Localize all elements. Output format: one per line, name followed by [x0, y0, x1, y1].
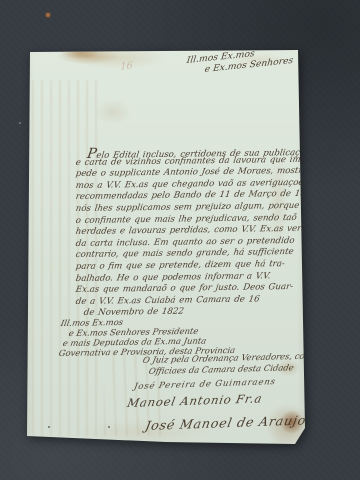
body-line: de a V.V. Ex.as Cuiabá em Camara de 16 [75, 294, 260, 307]
dust-speck [46, 13, 50, 17]
body-line: pede o supplicante Antonio José de Morae… [75, 166, 311, 179]
date-line: de Novembro de 1822 [83, 307, 184, 318]
body-line: recommendadas pelo Bando de 11 de Março … [75, 189, 317, 202]
body-line: contrario, que mais sendo grande, há suf… [75, 247, 294, 260]
body-line: herdades e lavouras perdidas, como V.V. … [75, 224, 312, 237]
body-line: para o fim que se pretende, dizem que há… [75, 259, 285, 272]
dust-speck [19, 122, 21, 124]
manuscript-paper: Ill.mos Ex.mos e Ex.mos Senhores 16 Pelo… [26, 50, 305, 444]
corner-mark: 16 [120, 60, 133, 73]
ink-speck [48, 426, 50, 428]
signature: José Manoel de Araujo [144, 412, 308, 433]
closing-line: Officiaes da Camara desta Cidade [148, 362, 295, 376]
body-line: Ex.as que mandaraõ o que for justo. Deos… [75, 282, 294, 295]
body-line: nós lhes supplicamos sem prejuizo algum,… [75, 201, 300, 214]
paper-sheet: Ill.mos Ex.mos e Ex.mos Senhores 16 Pelo… [26, 50, 305, 444]
ink-speck [108, 426, 110, 428]
photo-background: Ill.mos Ex.mos e Ex.mos Senhores 16 Pelo… [0, 0, 360, 480]
